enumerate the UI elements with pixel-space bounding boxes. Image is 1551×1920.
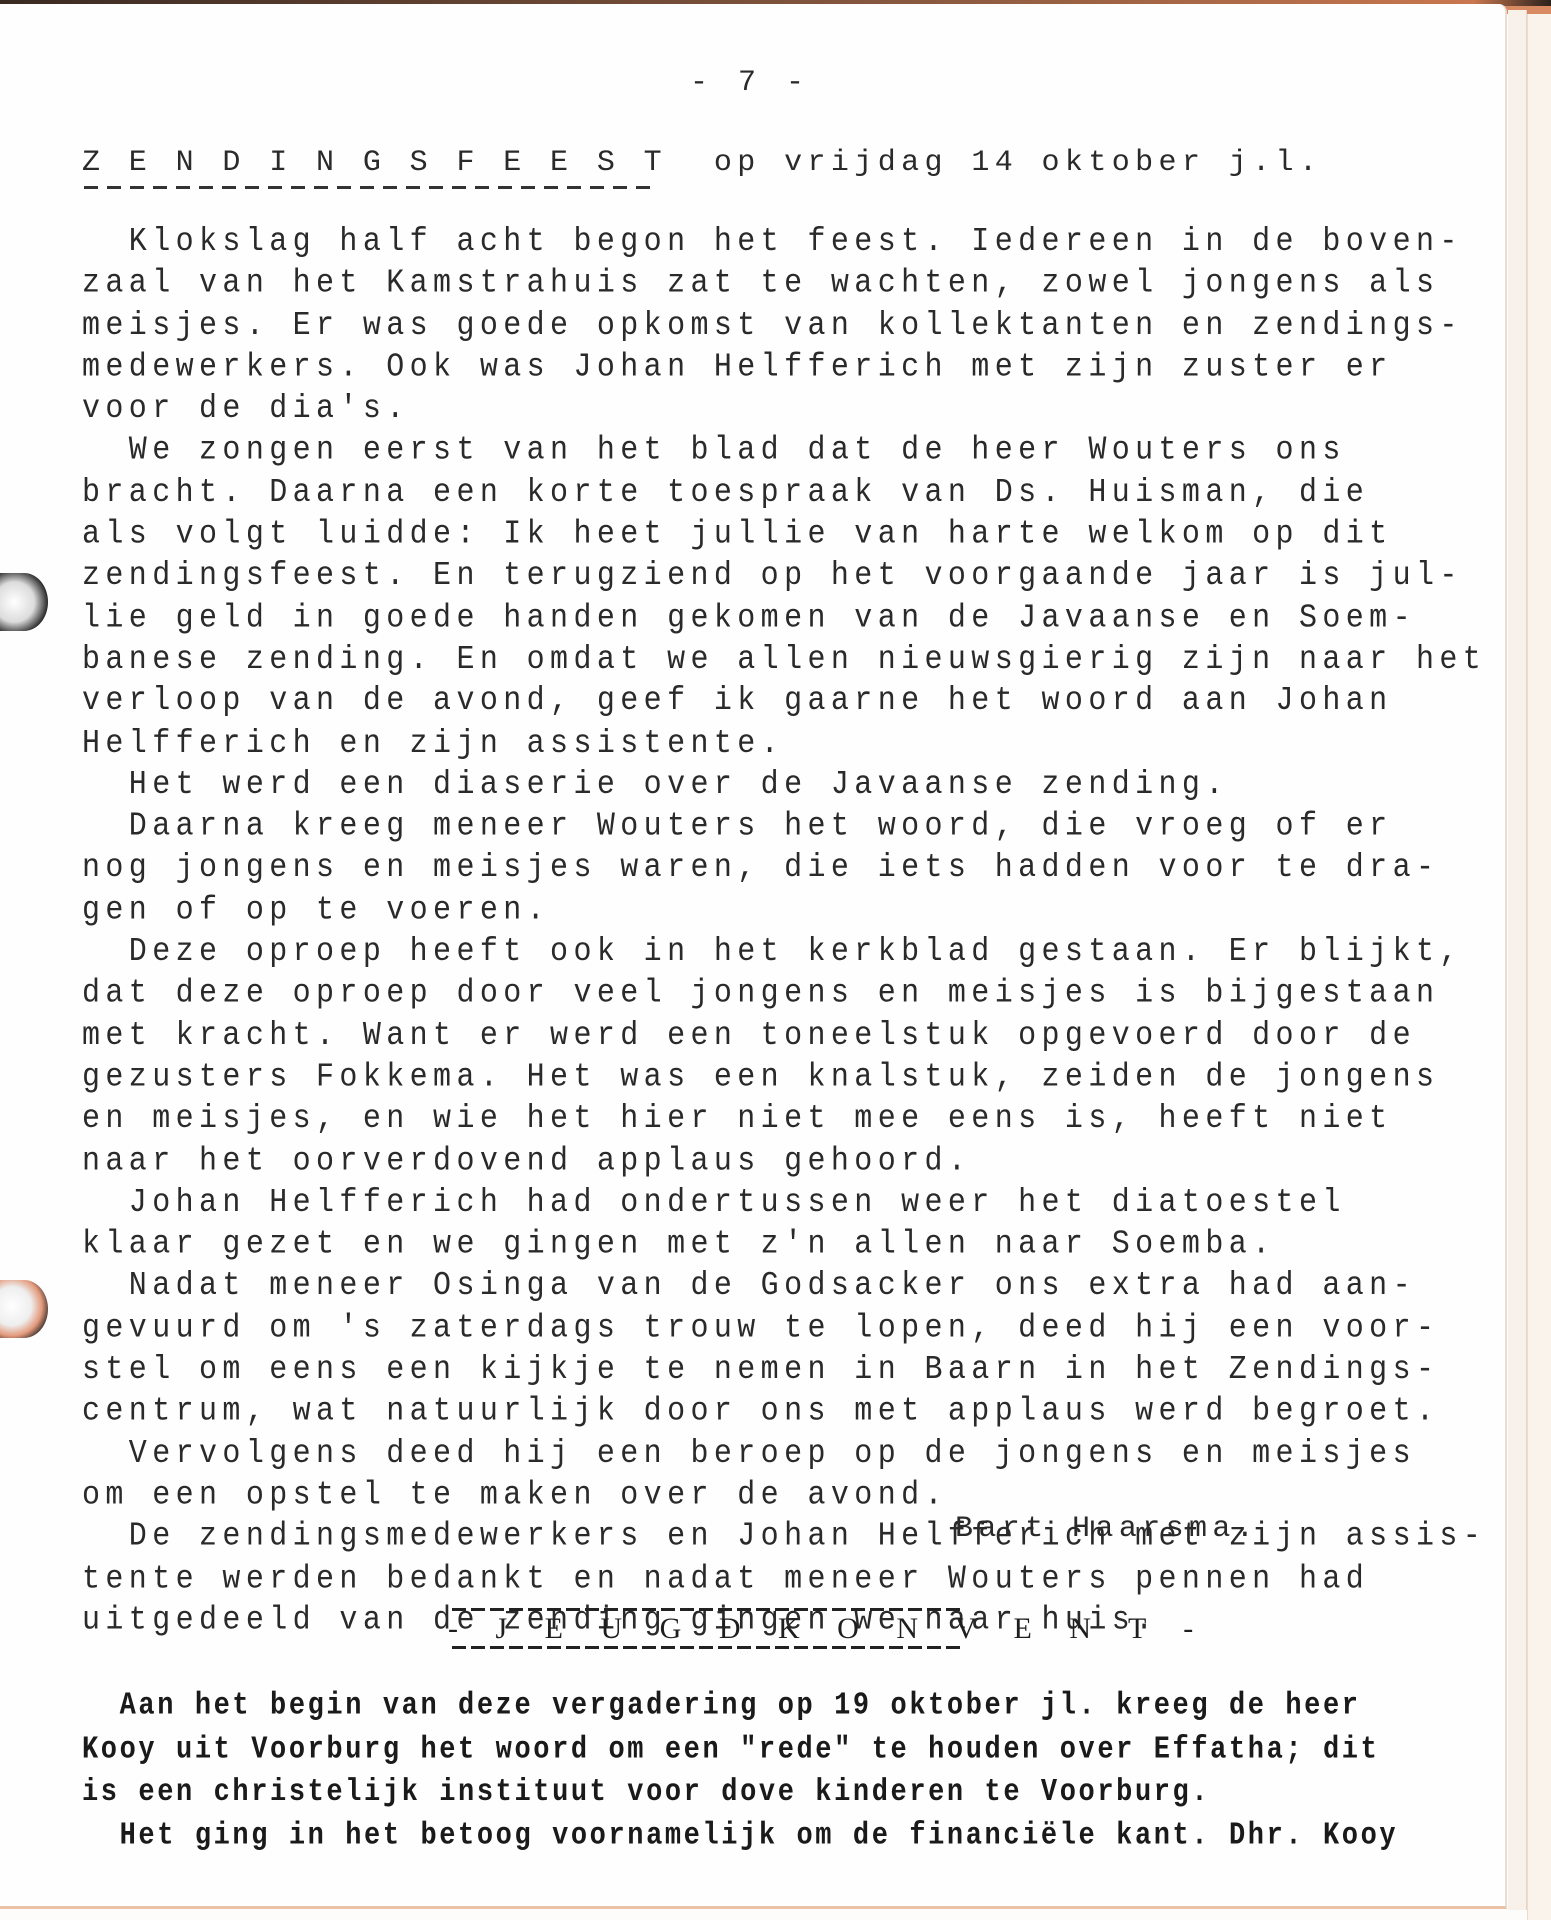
text-line: meisjes. Er was goede opkomst van kollek… — [82, 306, 1486, 348]
text-line: medewerkers. Ook was Johan Helfferich me… — [82, 347, 1486, 389]
text-line: gen of op te voeren. — [82, 890, 1486, 932]
text-line: als volgt luidde: Ik heet jullie van har… — [82, 514, 1486, 556]
text-line: Aan het begin van deze vergadering op 19… — [82, 1686, 1398, 1729]
text-line: zaal van het Kamstrahuis zat te wachten,… — [82, 264, 1486, 306]
text-line: lie geld in goede handen gekomen van de … — [82, 598, 1486, 640]
page-stack-edge — [1508, 10, 1527, 1910]
text-line: Helfferich en zijn assistente. — [82, 723, 1486, 765]
text-line: stel om eens een kijkje te nemen in Baar… — [82, 1350, 1486, 1392]
text-line: gevuurd om 's zaterdags trouw te lopen, … — [82, 1308, 1486, 1350]
text-line: Klokslag half acht begon het feest. Iede… — [82, 222, 1486, 264]
punch-hole-icon — [0, 573, 48, 631]
text-line: We zongen eerst van het blad dat de heer… — [82, 431, 1486, 473]
page-number: - 7 - — [690, 66, 810, 100]
punch-hole-icon — [0, 1280, 48, 1338]
text-line: dat deze oproep door veel jongens en mei… — [82, 974, 1486, 1016]
text-line: nog jongens en meisjes waren, die iets h… — [82, 849, 1486, 891]
section-heading: - J E U G D K O N V E N T - — [448, 1612, 1208, 1646]
text-line: met kracht. Want er werd een toneelstuk … — [82, 1016, 1486, 1058]
text-line: Vervolgens deed hij een beroep op de jon… — [82, 1433, 1486, 1475]
text-line: zendingsfeest. En terugziend op het voor… — [82, 556, 1486, 598]
text-line: verloop van de avond, geef ik gaarne het… — [82, 681, 1486, 723]
section-body: Aan het begin van deze vergadering op 19… — [82, 1686, 1398, 1859]
text-line: klaar gezet en we gingen met z'n allen n… — [82, 1225, 1486, 1267]
text-line: en meisjes, en wie het hier niet mee een… — [82, 1099, 1486, 1141]
text-line: Nadat meneer Osinga van de Godsacker ons… — [82, 1266, 1486, 1308]
text-line: gezusters Fokkema. Het was een knalstuk,… — [82, 1057, 1486, 1099]
text-line: centrum, wat natuurlijk door ons met app… — [82, 1392, 1486, 1434]
section-rule-top — [452, 1608, 960, 1611]
text-line: Deze oproep heeft ook in het kerkblad ge… — [82, 932, 1486, 974]
heading-title: Z E N D I N G S F E E S T — [82, 146, 667, 180]
text-line: Het werd een diaserie over de Javaanse z… — [82, 765, 1486, 807]
heading-underline — [84, 186, 654, 189]
heading-subtitle: op vrijdag 14 oktober j.l. — [714, 146, 1322, 180]
section-rule-bottom — [452, 1646, 960, 1649]
text-line: is een christelijk instituut voor dove k… — [82, 1772, 1398, 1815]
text-line: om een opstel te maken over de avond. — [82, 1475, 1486, 1517]
article-signature: Bart Haarsma. — [955, 1512, 1259, 1546]
text-line: voor de dia's. — [82, 389, 1486, 431]
text-line: bracht. Daarna een korte toespraak van D… — [82, 473, 1486, 515]
text-line: tente werden bedankt en nadat meneer Wou… — [82, 1559, 1486, 1601]
text-line: Johan Helfferich had ondertussen weer he… — [82, 1183, 1486, 1225]
text-line: naar het oorverdovend applaus gehoord. — [82, 1141, 1486, 1183]
article-heading: Z E N D I N G S F E E S T op vrijdag 14 … — [82, 146, 1322, 180]
text-line: Kooy uit Voorburg het woord om een "rede… — [82, 1729, 1398, 1772]
article-body: Klokslag half acht begon het feest. Iede… — [82, 222, 1486, 1642]
page-stack-edge-back — [1527, 14, 1551, 1920]
text-line: banese zending. En omdat we allen nieuws… — [82, 640, 1486, 682]
text-line: De zendingsmedewerkers en Johan Helfferi… — [82, 1517, 1486, 1559]
text-line: Daarna kreeg meneer Wouters het woord, d… — [82, 807, 1486, 849]
text-line: Het ging in het betoog voornamelijk om d… — [82, 1815, 1398, 1858]
